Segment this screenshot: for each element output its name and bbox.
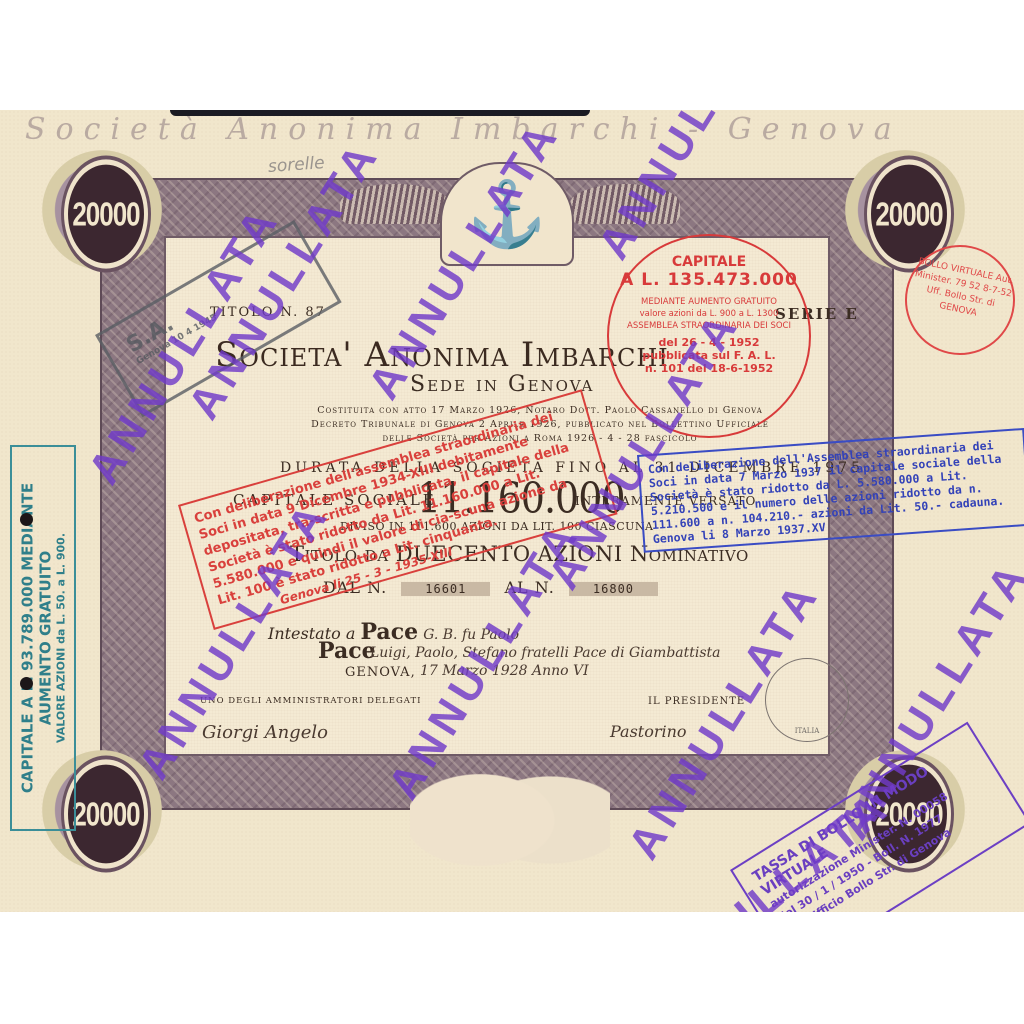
- holder-2-surname: Pace: [318, 638, 376, 664]
- signature-right: Pastorino: [610, 722, 687, 741]
- pencil-note: sorelle: [267, 153, 325, 177]
- holder-2-names: Luigi, Paolo, Stefano fratelli Pace di G…: [370, 645, 721, 661]
- share-certificate: Società Anonima Imbarchi - Genova sorell…: [0, 110, 1024, 912]
- signatory-left-label: UNO DEGLI AMMINISTRATORI DELEGATI: [200, 696, 422, 706]
- teal-capital-increase-stamp: CAPITALE A L. 93.789.000 MEDIANTE AUMENT…: [10, 445, 76, 831]
- punch-hole-bottom: [20, 677, 33, 690]
- range-from: 16601: [401, 582, 490, 596]
- punch-hole-top: [20, 513, 33, 526]
- corner-medallion-top-left: 20000: [42, 150, 162, 270]
- issue-place: GENOVA,: [345, 665, 416, 680]
- signature-left: Giorgi Angelo: [202, 722, 328, 743]
